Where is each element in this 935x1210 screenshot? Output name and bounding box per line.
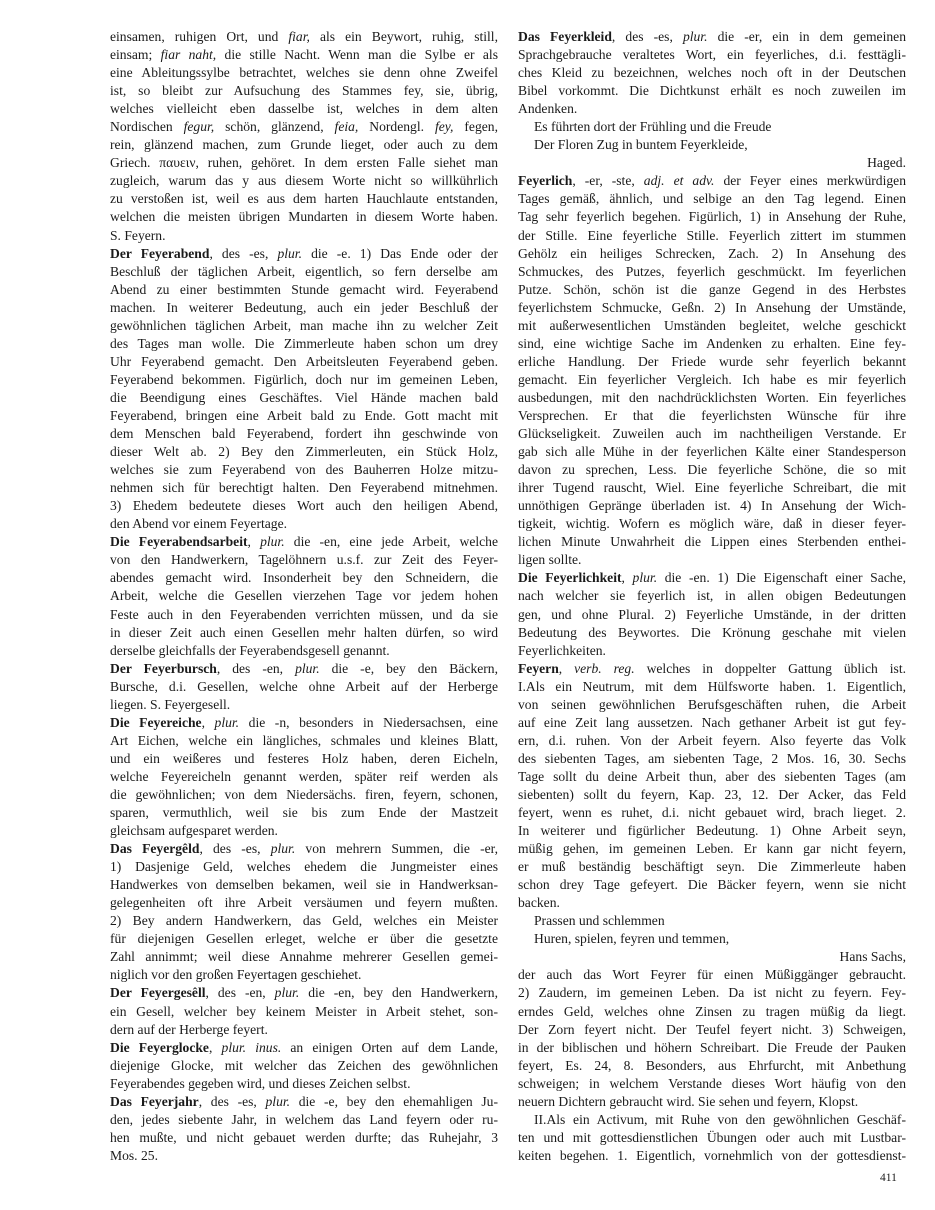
text-line: Die Feyerabendsarbeit, plur. die -en, ei… [110,533,498,551]
text-line: hen mußte, und nicht gebauet werden durf… [110,1129,498,1147]
left-column: einsamen, ruhigen Ort, und fiar, als ein… [110,28,498,1165]
text-run: die -e. 1) Das Ende oder der [302,246,498,261]
text-run: ligen sollte. [518,552,581,567]
text-line: gemacht. Ein feyerlicher Vergleich. Ich … [518,371,906,389]
text-line: erliche Handlung. Der Friede wurde sehr … [518,353,906,371]
text-line: gen, und ohne Plural. 2) Feyerliche Umst… [518,606,906,624]
text-run: Der Zorn feyert nicht. Der Teufel feyert… [518,1022,906,1037]
text-line: Der Zorn feyert nicht. Der Teufel feyert… [518,1021,906,1039]
text-run: sparen, vermuthlich, weil sie bis zum En… [110,805,498,820]
entry-headword: Das Feyergêld [110,841,199,856]
text-line: Die Feyereiche, plur. die -n, besonders … [110,714,498,732]
text-run: welches sie zum Feyerabend von des Bauhe… [110,462,498,477]
text-line: Zahl annimmt; weil diese Annahme mehrere… [110,948,498,966]
text-line: nach welcher sie feyerlich ist, in allen… [518,587,906,605]
italic-term: fiar, [288,29,310,44]
text-line: Glückseligkeit. Zuweilen auch im nachthe… [518,425,906,443]
italic-term: fegur, [184,119,215,134]
text-line: Der Feyerbursch, des -en, plur. die -e, … [110,660,498,678]
text-line: Mos. 25. [110,1147,498,1165]
text-line: dern auf der Herberge feyert. [110,1021,498,1039]
text-run: der Stille. Eine feyerliche Stille. Feye… [518,228,906,243]
text-run: feyert, wenn es ruhet, d.i. nicht gebaue… [518,805,906,820]
text-line: neuern Dichtern gebraucht wird. Sie sehe… [518,1093,906,1111]
text-line: gelegenheiten oft ihre Arbeit versäumen … [110,894,498,912]
text-line: Bibel vorkommt. Die Dichtkunst erhält es… [518,82,906,100]
text-run: erliche Handlung. Der Friede wurde sehr … [518,354,906,369]
text-run: backen. [518,895,560,910]
text-run: , [202,715,215,730]
text-run: feyerlichstem Schmucke, Geßn. 2) In Anse… [518,300,906,315]
page-number: 411 [880,1172,897,1184]
text-run: von den Handwerkern, Tagelöhnern u.s.f. … [110,552,498,567]
text-line: Bedeutung des Beywortes. Die Krönung ges… [518,624,906,642]
italic-term: verb. reg. [574,661,635,676]
text-run: den, jedes siebente Jahr, in welchem das… [110,1112,498,1127]
text-run: niglich vor den großen Feyertagen geschi… [110,967,361,982]
text-run: ern, d.i. ruhen. Von der Arbeit feyern. … [518,733,906,748]
italic-term: fey, [435,119,454,134]
text-line: feyert, Es. 24, 8. Besonders, aus Ehrfur… [518,1057,906,1075]
verse-line: Der Floren Zug in buntem Feyerkleide, [518,136,906,154]
text-line: auf eine Zeit lang aussetzen. Nach getha… [518,714,906,732]
text-run: , [209,1040,222,1055]
text-run: 1) Dasjenige Geld, welches ehedem die Ju… [110,859,498,874]
text-run: dem Menschen bald Feyerabend, fordert ih… [110,426,498,441]
text-run: Bibel vorkommt. Die Dichtkunst erhält es… [518,83,906,98]
entry-headword: Der Feyerbursch [110,661,217,676]
italic-term: fiar naht, [161,47,217,62]
text-run: Tag sehr feyerlich begehen. Figürlich, 1… [518,209,906,224]
text-run: Der Floren Zug in buntem Feyerkleide, [534,137,748,152]
text-run: Bedeutung des Beywortes. Die Krönung ges… [518,625,906,640]
text-run: die -e, bey den ehemahligen Ju- [290,1094,498,1109]
text-run: schön, glänzend, [214,119,334,134]
text-run: gen, und ohne Plural. 2) Feyerliche Umst… [518,607,906,622]
text-run: , [248,534,261,549]
text-run: Versprechen. Er that die feyerlichsten W… [518,408,906,423]
text-run: II.Als ein Activum, mit Ruhe von den gew… [534,1112,906,1127]
text-line: für diejenigen Gesellen erleget, welche … [110,930,498,948]
text-run: die stille Nacht. Wenn man die Sylbe er … [216,47,498,62]
italic-term: plur. [633,570,658,585]
text-line: davon zu sprechen, Less. Die feyerliche … [518,461,906,479]
text-run: davon zu sprechen, Less. Die feyerliche … [518,462,906,477]
text-line: Abend zu einer bestimmten Stunde gemacht… [110,281,498,299]
text-line: er muß beständig beschäftigt seyn. Die Z… [518,858,906,876]
text-line: machen. In weiterer Bedeutung, auch ein … [110,299,498,317]
text-run: müßig gehen, im gemeinen Leben. Er kann … [518,841,906,856]
entry-headword: Das Feyerjahr [110,1094,199,1109]
text-line: Der Feyerabend, des -es, plur. die -e. 1… [110,245,498,263]
text-run: , des -en, [206,985,275,1000]
text-line: Handwerkes von demselben bekamen, weil s… [110,876,498,894]
text-run: derselbe gleichfalls der Feyerabendsgese… [110,643,390,658]
text-line: und ein weißeres und festeres Holz haben… [110,750,498,768]
text-run: der Feyer eines merkwürdigen [714,173,906,188]
text-run: einsamen, ruhigen Ort, und [110,29,288,44]
text-line: zugleich, warum das y aus diesem Worte n… [110,172,498,190]
text-run: und ein weißeres und festeres Holz haben… [110,751,498,766]
text-line: welches vielleicht eben dasselbe ist, we… [110,100,498,118]
text-run: Beschluß der täglichen Arbeit, eigentlic… [110,264,498,279]
citation-line: Haged. [518,154,906,172]
text-line: des siebenten Tages, am siebenten Tage, … [518,750,906,768]
text-line: 2) Bey andern Handwerkern, das Geld, wel… [110,912,498,930]
text-run: welchen die meisten übrigen Mundarten in… [110,209,498,224]
entry-headword: Feyerlich [518,173,572,188]
text-run: Mos. 25. [110,1148,158,1163]
text-run: von mehrern Summen, die -er, [295,841,498,856]
text-run: der auch das Wort Feyrer für einen Müßig… [518,967,906,982]
text-line: Feyern, verb. reg. welches in doppelter … [518,660,906,678]
text-run: 2) Zaudern, im gemeinen Leben. Da ist ni… [518,985,906,1000]
text-run: die -en. 1) Die Eigenschaft einer Sache, [657,570,906,585]
text-line: einsam; fiar naht, die stille Nacht. Wen… [110,46,498,64]
text-run: des Tages man wolle. Die Zimmerleute hab… [110,336,498,351]
text-line: nehmen sich für berechtigt halten. Den F… [110,479,498,497]
text-line: Die Feyerglocke, plur. inus. an einigen … [110,1039,498,1057]
text-line: ten und mit gottesdienstlichen Übungen o… [518,1129,906,1147]
text-line: in der biblischen und höhern Schreibart.… [518,1039,906,1057]
entry-headword: Der Feyergesêll [110,985,206,1000]
italic-term: plur. [260,534,285,549]
text-line: Sprachgebrauche veraltetes Wort, ein fey… [518,46,906,64]
text-line: I.Als ein Neutrum, mit dem Hülfsworte ha… [518,678,906,696]
text-run: die -er, ein in dem gemeinen [708,29,907,44]
text-run: eine Ableitungssylbe betrachtet, welches… [110,65,498,80]
text-run: Tage sollt du deine Arbeit thun, aber de… [518,769,906,784]
text-line: den, jedes siebente Jahr, in welchem das… [110,1111,498,1129]
text-line: II.Als ein Activum, mit Ruhe von den gew… [518,1111,906,1129]
text-run: er muß beständig beschäftigt seyn. Die Z… [518,859,906,874]
text-run: lichen Minute Unwahrheit die Lippen eine… [518,534,906,549]
text-line: Bursche, d.i. Gesellen, welche ohne Arbe… [110,678,498,696]
text-line: Arbeit, welche die Gesellen vierzehen Ta… [110,587,498,605]
text-run: die gewöhnlichen; von dem Niedersächs. f… [110,787,498,802]
text-line: ligen sollte. [518,551,906,569]
text-line: eine Ableitungssylbe betrachtet, welches… [110,64,498,82]
text-run: fegen, [453,119,498,134]
text-run: für diejenigen Gesellen erleget, welche … [110,931,498,946]
text-run: gelegenheiten oft ihre Arbeit versäumen … [110,895,498,910]
text-run: Haged. [867,155,906,170]
text-run: liegen. S. Feyergesell. [110,697,230,712]
text-line: die Beendigung eines Geschäftes. Viel Hä… [110,389,498,407]
text-line: abendes gemacht wird. Insonderheit bey d… [110,569,498,587]
text-line: Feyerlich, -er, -ste, adj. et adv. der F… [518,172,906,190]
text-line: gleichsam aufgesparet werden. [110,822,498,840]
text-line: Tage sollt du deine Arbeit thun, aber de… [518,768,906,786]
citation-line: Hans Sachs, [518,948,906,966]
text-run: Arbeit, welche die Gesellen vierzehen Ta… [110,588,498,603]
text-run: Andenken. [518,101,577,116]
text-line: Putze. Schön, schön ist die ganze Gegend… [518,281,906,299]
text-line: gewöhnlichen täglichen Arbeit, man mache… [110,317,498,335]
text-run: diejenige Glocke, mit welcher das Zeiche… [110,1058,498,1073]
text-line: Tages gemäß, ähnlich, und selbige an den… [518,190,906,208]
text-run: Nordengl. [358,119,435,134]
text-run: erndes Geld, welches ohne Zinsen zu trag… [518,1004,906,1019]
text-run: Handwerkes von demselben bekamen, weil s… [110,877,498,892]
italic-term: plur. [271,841,296,856]
text-run: machen. In weiterer Bedeutung, auch ein … [110,300,498,315]
text-run: einsam; [110,47,161,62]
text-line: Das Feyerjahr, des -es, plur. die -e, be… [110,1093,498,1111]
text-run: die -e, bey den Bäckern, [320,661,498,676]
text-run: , des -en, [217,661,295,676]
text-run: Prassen und schlemmen [534,913,665,928]
text-run: Feyerabend bekommen. Figürlich, doch nur… [110,372,498,387]
text-run: Feyerabend, bringen eine Arbeit bald zu … [110,408,498,423]
text-run: sind, eine wichtige Sache im Andenken zu… [518,336,906,351]
text-line: ches Kleid zu bezeichnen, welches noch o… [518,64,906,82]
text-line: feyert, wenn es ruhet, d.i. nicht gebaue… [518,804,906,822]
text-run: Tages gemäß, ähnlich, und selbige an den… [518,191,906,206]
text-run: ches Kleid zu bezeichnen, welches noch o… [518,65,906,80]
text-run: abendes gemacht wird. Insonderheit bey d… [110,570,498,585]
italic-term: plur. [295,661,320,676]
italic-term: adj. et adv. [644,173,715,188]
text-run: 2) Bey andern Handwerkern, das Geld, wel… [110,913,498,928]
text-line: keiten begehen. 1. Eigentlich, vornehmli… [518,1147,906,1165]
text-run: keiten begehen. 1. Eigentlich, vornehmli… [518,1148,906,1163]
verse-line: Huren, spielen, feyren und temmen, [518,930,906,948]
text-line: welchen die meisten übrigen Mundarten in… [110,208,498,226]
text-run: welche Feyereicheln genannt werden, spät… [110,769,498,784]
text-line: feyerlichstem Schmucke, Geßn. 2) In Anse… [518,299,906,317]
right-column: Das Feyerkleid, des -es, plur. die -er, … [518,28,906,1165]
text-line: Feyerabend, bringen eine Arbeit bald zu … [110,407,498,425]
text-run: Uhr Feyerabend gemacht. Den Arbeitsleute… [110,354,498,369]
text-line: unnöthigen Gepränge überladen ist. 4) In… [518,497,906,515]
text-line: einsamen, ruhigen Ort, und fiar, als ein… [110,28,498,46]
text-line: tigkeit, wichtig. Wofern es möglich wäre… [518,515,906,533]
text-run: die -en, bey den Handwerkern, [299,985,498,1000]
text-run: gewöhnlichen täglichen Arbeit, man mache… [110,318,498,333]
dictionary-page: einsamen, ruhigen Ort, und fiar, als ein… [0,0,935,1210]
text-line: Versprechen. Er that die feyerlichsten W… [518,407,906,425]
text-line: Feyerlichkeiten. [518,642,906,660]
text-line: erndes Geld, welches ohne Zinsen zu trag… [518,1003,906,1021]
text-run: Gehölz ein heiliges Schrecken, Zach. 2) … [518,246,906,261]
text-run: nehmen sich für berechtigt halten. Den F… [110,480,498,495]
text-run: dieser Welt ab. 2) Bey den Zimmerleuten,… [110,444,498,459]
text-run: , des -es, [199,841,270,856]
text-run: Bursche, d.i. Gesellen, welche ohne Arbe… [110,679,498,694]
text-run: gemacht. Ein feyerlicher Vergleich. Ich … [518,372,906,387]
text-run: in dieser Zeit auch einen Gesellen mehr … [110,625,498,640]
verse-line: Prassen und schlemmen [518,912,906,930]
text-line: Gehölz ein heiliges Schrecken, Zach. 2) … [518,245,906,263]
text-line: lichen Minute Unwahrheit die Lippen eine… [518,533,906,551]
text-run: zu verstoßen ist, weil es aus dem harten… [110,191,498,206]
text-line: Art Eichen, welche ein längliches, schma… [110,732,498,750]
text-run: zugleich, warum das y aus diesem Worte n… [110,173,498,188]
text-line: backen. [518,894,906,912]
text-run: Nordischen [110,119,184,134]
text-line: der Stille. Eine feyerliche Stille. Feye… [518,227,906,245]
text-run: Hans Sachs, [840,949,906,964]
text-line: Schmuckes, des Putzes, feyerlich geschmü… [518,263,906,281]
text-line: mit außerwesentlichen Umständen begleite… [518,317,906,335]
text-run: auf eine Zeit lang aussetzen. Nach getha… [518,715,906,730]
text-run: , -er, -ste, [572,173,643,188]
text-line: derselbe gleichfalls der Feyerabendsgese… [110,642,498,660]
text-run: tigkeit, wichtig. Wofern es möglich wäre… [518,516,906,531]
text-line: Der Feyergesêll, des -en, plur. die -en,… [110,984,498,1002]
text-line: Das Feyergêld, des -es, plur. von mehrer… [110,840,498,858]
text-run: Putze. Schön, schön ist die ganze Gegend… [518,282,906,297]
text-run: , des -es, [612,29,683,44]
text-run: die Beendigung eines Geschäftes. Viel Hä… [110,390,498,405]
text-run: mit außerwesentlichen Umständen begleite… [518,318,906,333]
entry-headword: Das Feyerkleid [518,29,612,44]
entry-headword: Die Feyereiche [110,715,202,730]
text-run: von seinen gewöhnlichen Berufsgeschäften… [518,697,906,712]
text-run: In weiterer und figürlicher Bedeutung. 1… [518,823,906,838]
text-run: dern auf der Herberge feyert. [110,1022,268,1037]
text-run: siebenten) sollt du feyern, Kap. 23, 12.… [518,787,906,802]
text-run: , [559,661,574,676]
text-run: schon drey Tage gefeyert. Die Bäcker fey… [518,877,906,892]
text-run: an einigen Orten auf dem Lande, [281,1040,498,1055]
text-run: S. Feyern. [110,228,166,243]
text-run: welches vielleicht eben dasselbe ist, we… [110,101,498,116]
text-run: Abend zu einer bestimmten Stunde gemacht… [110,282,498,297]
text-line: 2) Zaudern, im gemeinen Leben. Da ist ni… [518,984,906,1002]
text-run: , des -es, [209,246,277,261]
text-line: Uhr Feyerabend gemacht. Den Arbeitsleute… [110,353,498,371]
text-line: welche Feyereicheln genannt werden, spät… [110,768,498,786]
text-run: die -n, besonders in Niedersachsen, eine [239,715,498,730]
text-run: des siebenten Tages, am siebenten Tage, … [518,751,906,766]
italic-term: plur. [275,985,300,1000]
text-run: nach welcher sie feyerlich ist, in allen… [518,588,906,603]
text-line: siebenten) sollt du feyern, Kap. 23, 12.… [518,786,906,804]
entry-headword: Die Feyerabendsarbeit [110,534,248,549]
text-line: 3) Ehedem bedeutete dieses Wort auch den… [110,497,498,515]
text-line: des Tages man wolle. Die Zimmerleute hab… [110,335,498,353]
text-line: niglich vor den großen Feyertagen geschi… [110,966,498,984]
text-run: welches in doppelter Gattung üblich ist. [635,661,906,676]
italic-term: plur. inus. [222,1040,282,1055]
text-run: schweigen; in welchem Verstande dieses W… [518,1076,906,1091]
text-run: neuern Dichtern gebraucht wird. Sie sehe… [518,1094,858,1109]
text-line: Feste auch in den Feyerabenden verrichte… [110,606,498,624]
text-run: den Abend vor einem Feyertage. [110,516,287,531]
text-run: hen mußte, und nicht gebauet werden durf… [110,1130,498,1145]
text-run: Zahl annimmt; weil diese Annahme mehrere… [110,949,498,964]
text-run: , des -es, [199,1094,266,1109]
text-line: welches sie zum Feyerabend von des Bauhe… [110,461,498,479]
text-line: ern, d.i. ruhen. Von der Arbeit feyern. … [518,732,906,750]
text-line: ein Gesell, welcher bey keinem Meister i… [110,1003,498,1021]
text-line: zu verstoßen ist, weil es aus dem harten… [110,190,498,208]
text-run: Feyerlichkeiten. [518,643,606,658]
text-line: dem Menschen bald Feyerabend, fordert ih… [110,425,498,443]
text-line: ihrer Tugend rauscht, Wiel. Eine feyerli… [518,479,906,497]
text-line: Feyerabend bekommen. Figürlich, doch nur… [110,371,498,389]
text-run: Art Eichen, welche ein längliches, schma… [110,733,498,748]
text-line: Feyerabendes gegeben wird, und dieses Ze… [110,1075,498,1093]
text-line: Andenken. [518,100,906,118]
entry-headword: Die Feyerlichkeit [518,570,622,585]
text-run: Feyerabendes gegeben wird, und dieses Ze… [110,1076,410,1091]
text-line: den Abend vor einem Feyertage. [110,515,498,533]
text-run: Feste auch in den Feyerabenden verrichte… [110,607,498,622]
text-line: Die Feyerlichkeit, plur. die -en. 1) Die… [518,569,906,587]
text-line: gab sich alle Mühe in der feyerlichen Kä… [518,443,906,461]
text-run: Schmuckes, des Putzes, feyerlich geschmü… [518,264,906,279]
italic-term: feia, [335,119,359,134]
text-run: ten und mit gottesdienstlichen Übungen o… [518,1130,906,1145]
text-run: 3) Ehedem bedeutete dieses Wort auch den… [110,498,498,513]
text-run: feyert, Es. 24, 8. Besonders, aus Ehrfur… [518,1058,906,1073]
text-line: sind, eine wichtige Sache im Andenken zu… [518,335,906,353]
italic-term: plur. [683,29,708,44]
text-line: diejenige Glocke, mit welcher das Zeiche… [110,1057,498,1075]
text-run: , [622,570,633,585]
text-line: die gewöhnlichen; von dem Niedersächs. f… [110,786,498,804]
text-line: Das Feyerkleid, des -es, plur. die -er, … [518,28,906,46]
verse-line: Es führten dort der Frühling und die Fre… [518,118,906,136]
entry-headword: Feyern [518,661,559,676]
text-run: Huren, spielen, feyren und temmen, [534,931,729,946]
text-run: ein Gesell, welcher bey keinem Meister i… [110,1004,498,1019]
text-line: in dieser Zeit auch einen Gesellen mehr … [110,624,498,642]
text-run: rein, glänzend machen, zum Grunde lieget… [110,137,498,152]
text-run: Griech. παυειν, ruhen, gehöret. In dem e… [110,155,498,170]
text-line: rein, glänzend machen, zum Grunde lieget… [110,136,498,154]
entry-headword: Die Feyerglocke [110,1040,209,1055]
text-run: ausbedungen, mit den nachdrücklichsten W… [518,390,906,405]
text-line: schweigen; in welchem Verstande dieses W… [518,1075,906,1093]
text-line: ausbedungen, mit den nachdrücklichsten W… [518,389,906,407]
text-line: Beschluß der täglichen Arbeit, eigentlic… [110,263,498,281]
italic-term: plur. [266,1094,291,1109]
text-line: von den Handwerkern, Tagelöhnern u.s.f. … [110,551,498,569]
text-run: die -en, eine jede Arbeit, welche [285,534,498,549]
text-line: Griech. παυειν, ruhen, gehöret. In dem e… [110,154,498,172]
text-line: Nordischen fegur, schön, glänzend, feia,… [110,118,498,136]
text-run: gab sich alle Mühe in der feyerlichen Kä… [518,444,906,459]
text-run: ihrer Tugend rauscht, Wiel. Eine feyerli… [518,480,906,495]
text-line: dieser Welt ab. 2) Bey den Zimmerleuten,… [110,443,498,461]
text-run: in der biblischen und höhern Schreibart.… [518,1040,906,1055]
text-line: In weiterer und figürlicher Bedeutung. 1… [518,822,906,840]
entry-headword: Der Feyerabend [110,246,209,261]
text-line: 1) Dasjenige Geld, welches ehedem die Ju… [110,858,498,876]
text-run: Sprachgebrauche veraltetes Wort, ein fey… [518,47,906,62]
text-run: Es führten dort der Frühling und die Fre… [534,119,771,134]
italic-term: plur. [215,715,240,730]
text-line: von seinen gewöhnlichen Berufsgeschäften… [518,696,906,714]
text-line: müßig gehen, im gemeinen Leben. Er kann … [518,840,906,858]
text-line: S. Feyern. [110,227,498,245]
text-run: Glückseligkeit. Zuweilen auch im nachthe… [518,426,906,441]
text-line: ist, so bleibt zur Aufsuchung des Stamme… [110,82,498,100]
text-line: sparen, vermuthlich, weil sie bis zum En… [110,804,498,822]
text-line: der auch das Wort Feyrer für einen Müßig… [518,966,906,984]
text-run: ist, so bleibt zur Aufsuchung des Stamme… [110,83,498,98]
text-run: als ein Beywort, ruhig, still, [310,29,498,44]
text-run: I.Als ein Neutrum, mit dem Hülfsworte ha… [518,679,906,694]
text-run: gleichsam aufgesparet werden. [110,823,278,838]
text-line: schon drey Tage gefeyert. Die Bäcker fey… [518,876,906,894]
text-line: Tag sehr feyerlich begehen. Figürlich, 1… [518,208,906,226]
italic-term: plur. [277,246,302,261]
